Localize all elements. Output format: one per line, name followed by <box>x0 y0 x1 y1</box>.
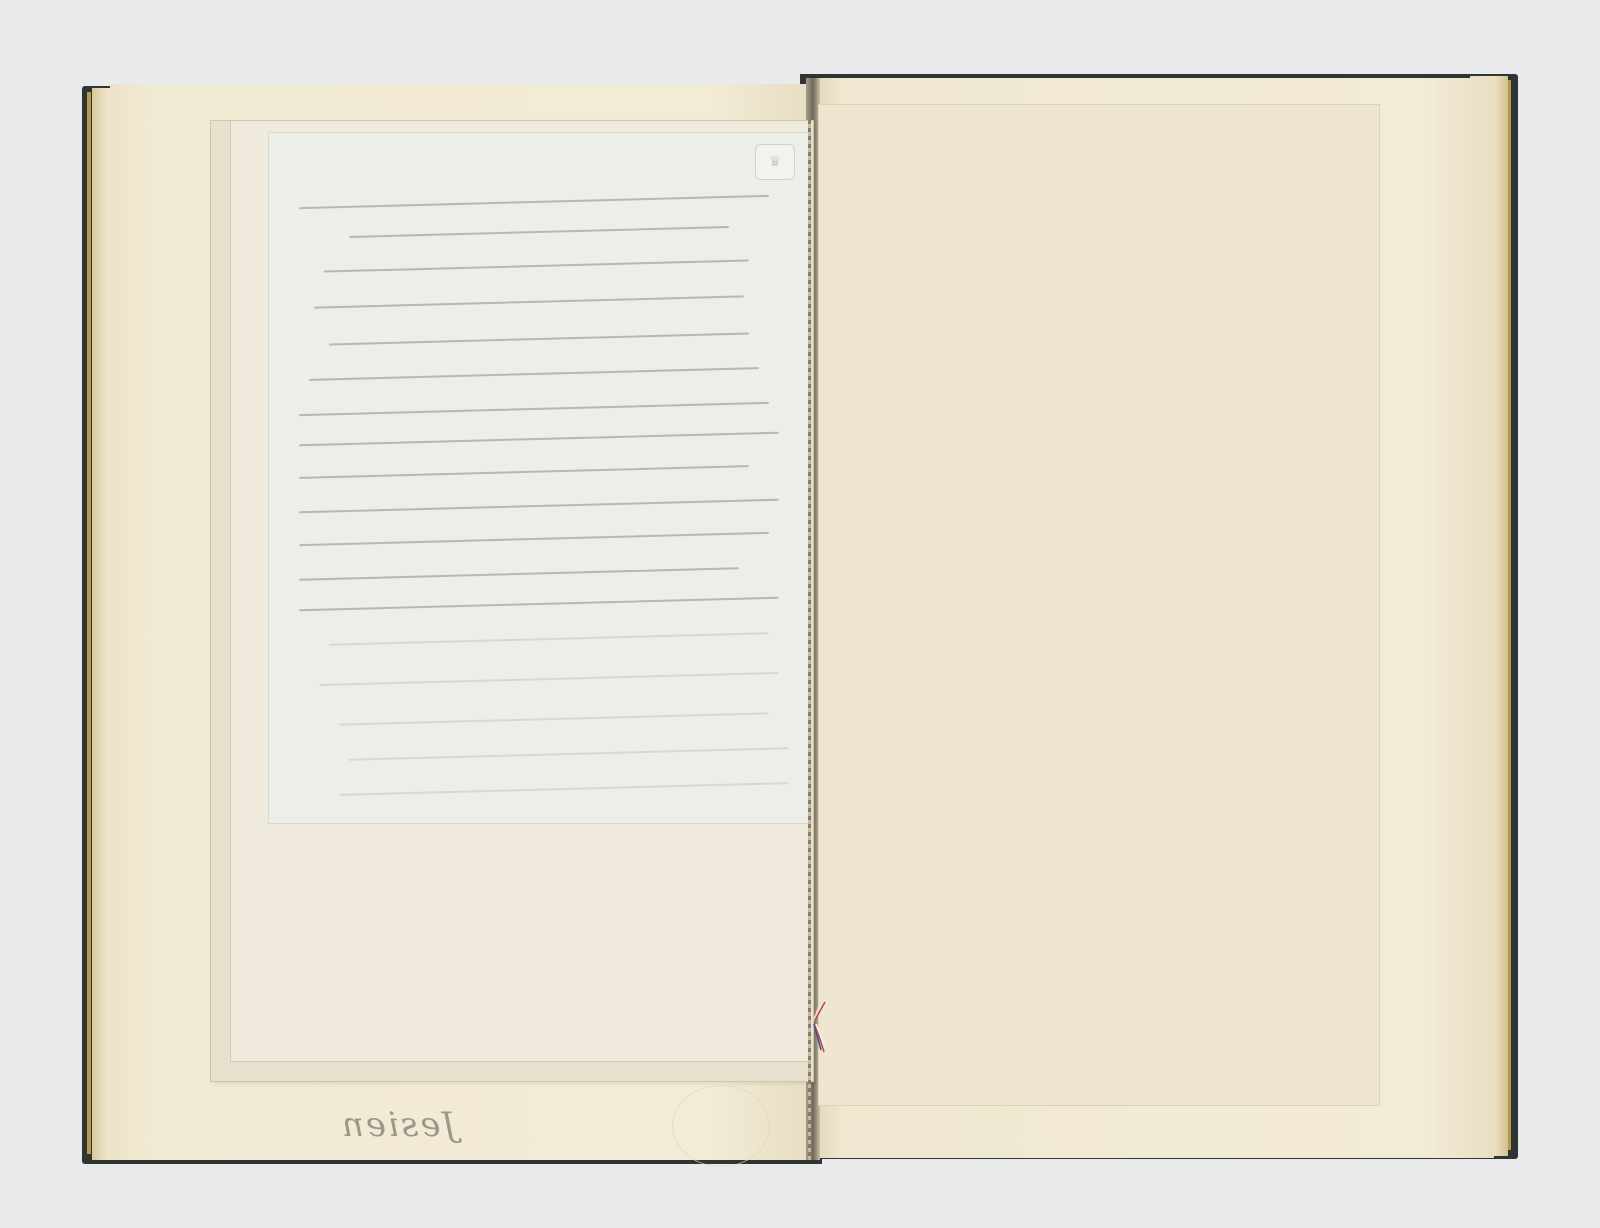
binding-thread <box>808 120 811 1160</box>
crown-emboss-icon: ♛ <box>755 144 795 180</box>
letter-line <box>339 712 769 725</box>
letter-line <box>299 532 769 546</box>
letter-line <box>329 333 749 346</box>
letter-line <box>299 499 779 514</box>
letter-line <box>324 259 749 272</box>
letter-line <box>299 195 769 209</box>
letter-line <box>349 226 729 238</box>
mirrored-signature: Jesien <box>340 1105 456 1145</box>
letter-line <box>339 782 789 796</box>
letter-line <box>314 295 744 308</box>
thread-tassel-icon <box>812 990 826 1070</box>
letter-line <box>309 367 759 381</box>
handwritten-letter <box>268 132 812 824</box>
letter-line <box>299 567 739 581</box>
letter-line <box>299 432 779 447</box>
letter-line <box>299 465 749 479</box>
letter-line <box>299 402 769 416</box>
library-stamp <box>672 1085 770 1167</box>
empty-mount-inner <box>822 108 1370 1098</box>
letter-line <box>349 747 789 761</box>
letter-line <box>299 597 779 612</box>
letter-line <box>319 672 779 686</box>
letter-line <box>329 632 769 646</box>
gilt-edge-left <box>87 92 91 1154</box>
